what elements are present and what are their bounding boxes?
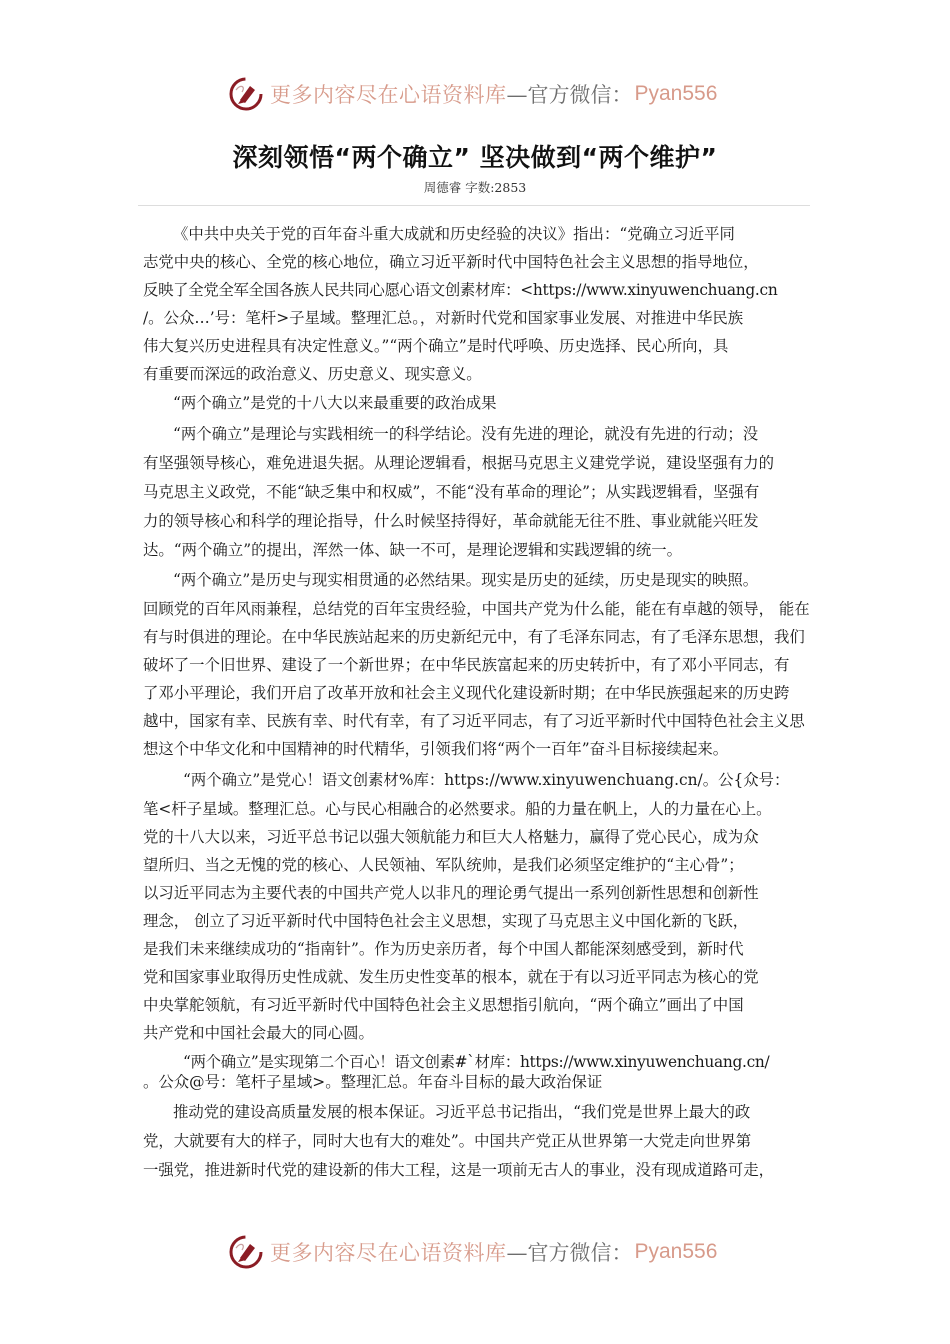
text-line: 。公众@号：笔杆子星域>。整理汇总。年奋斗目标的最大政治保证 <box>143 1072 602 1092</box>
text-line: 有坚强领导核心，难免进退失据。从理论逻辑看，根据马克思主义建党学说，建设坚强有力… <box>143 453 774 473</box>
text-line: 以习近平同志为主要代表的中国共产党人以非凡的理论勇气提出一系列创新性思想和创新性 <box>143 883 759 903</box>
text-line: 党，大就要有大的样子，同时大也有大的难处”。中国共产党正从世界第一大党走向世界第 <box>143 1131 751 1151</box>
text-line: 越中，国家有幸、民族有幸、时代有幸，有了习近平同志，有了习近平新时代中国特色社会… <box>143 711 805 731</box>
text-line: 理念， 创立了习近平新时代中国特色社会主义思想，实现了马克思主义中国化新的飞跃， <box>143 911 748 931</box>
text-line: 望所归、当之无愧的党的核心、人民领袖、军队统帅，是我们必须坚定维护的“主心骨”； <box>143 855 744 875</box>
text-line: 回顾党的百年风雨兼程，总结党的百年宝贵经验，中国共产党为什么能，能在有卓越的领导… <box>143 599 810 619</box>
text-line: 力的领导核心和科学的理论指导，什么时候坚持得好，革命就能无往不胜、事业就能兴旺发 <box>143 511 759 531</box>
bottom-banner: 更多内容尽在心语资料库 —官方微信： Pyan556 <box>228 1232 728 1272</box>
pen-nib-logo-icon <box>228 76 264 112</box>
text-line: 有重要而深远的政治意义、历史意义、现实意义。 <box>143 364 482 384</box>
text-line: 想这个中华文化和中国精神的时代精华，引领我们将“两个一百年”奋斗目标接续起来。 <box>143 739 728 759</box>
text-line: 马克思主义政党，不能“缺乏集中和权威”，不能“没有革命的理论”；从实践逻辑看，坚… <box>143 482 759 502</box>
text-line: 《中共中央关于党的百年奋斗重大成就和历史经验的决议》指出：“党确立习近平同 <box>173 224 735 244</box>
text-line: 有与时俱进的理论。在中华民族站起来的历史新纪元中，有了毛泽东同志，有了毛泽东思想… <box>143 627 805 647</box>
text-line: 笔<杆子星域。整理汇总。心与民心相融合的必然要求。船的力量在帆上，人的力量在心上… <box>143 799 772 819</box>
text-line: 共产党和中国社会最大的同心圆。 <box>143 1023 374 1043</box>
text-line: “两个确立”是党心！语文创素材%库：https://www.xinyuwench… <box>183 770 789 790</box>
author-wordcount: 周德睿 字数:2853 <box>0 178 950 196</box>
text-line: “两个确立”是理论与实践相统一的科学结论。没有先进的理论，就没有先进的行动；没 <box>173 424 758 444</box>
text-line: 一强党，推进新时代党的建设新的伟大工程，这是一项前无古人的事业，没有现成道路可走… <box>143 1160 774 1180</box>
text-line: 是我们未来继续成功的“指南针”。作为历史亲历者，每个中国人都能深刻感受到，新时代 <box>143 939 744 959</box>
text-line: 伟大复兴历史进程具有决定性意义。”“两个确立”是时代呼唤、历史选择、民心所向，具 <box>143 336 728 356</box>
text-line: 了邓小平理论，我们开启了改革开放和社会主义现代化建设新时期；在中华民族强起来的历… <box>143 683 789 703</box>
divider <box>138 205 810 206</box>
banner-text-main: 更多内容尽在心语资料库 <box>270 1237 507 1267</box>
text-line: 达。“两个确立”的提出，浑然一体、缺一不可，是理论逻辑和实践逻辑的统一。 <box>143 540 682 560</box>
text-line: 党和国家事业取得历史性成就、发生历史性变革的根本，就在于有以习近平同志为核心的党 <box>143 967 759 987</box>
banner-wechat-id: Pyan556 <box>635 82 718 106</box>
top-banner: 更多内容尽在心语资料库 —官方微信： Pyan556 <box>228 74 728 114</box>
banner-wechat-id: Pyan556 <box>635 1240 718 1264</box>
text-line: “两个确立”是实现第二个百心！语文创素#`材库：https://www.xiny… <box>183 1052 769 1072</box>
text-line: 推动党的建设高质量发展的根本保证。习近平总书记指出，“我们党是世界上最大的政 <box>173 1102 750 1122</box>
text-line: 破坏了一个旧世界、建设了一个新世界；在中华民族富起来的历史转折中，有了邓小平同志… <box>143 655 789 675</box>
text-line: “两个确立”是历史与现实相贯通的必然结果。现实是历史的延续，历史是现实的映照。 <box>173 570 758 590</box>
document-title: 深刻领悟“两个确立” 坚决做到“两个维护” <box>0 138 950 174</box>
text-line: /。公众…’号：笔杆>子星域。整理汇总。，对新时代党和国家事业发展、对推进中华民… <box>143 308 743 328</box>
text-line: 志党中央的核心、全党的核心地位，确立习近平新时代中国特色社会主义思想的指导地位， <box>143 252 759 272</box>
banner-text-separator: —官方微信： <box>507 79 633 109</box>
pen-nib-logo-icon <box>228 1234 264 1270</box>
text-line: 反映了全党全军全国各族人民共同心愿心语文创素材库：<https://www.xi… <box>143 280 777 300</box>
text-line: 中央掌舵领航，有习近平新时代中国特色社会主义思想指引航向，“两个确立”画出了中国 <box>143 995 744 1015</box>
section-heading: “两个确立”是党的十八大以来最重要的政治成果 <box>173 393 497 413</box>
text-line: 党的十八大以来，习近平总书记以强大领航能力和巨大人格魅力，赢得了党心民心，成为众 <box>143 827 759 847</box>
banner-text-separator: —官方微信： <box>507 1237 633 1267</box>
banner-text-main: 更多内容尽在心语资料库 <box>270 79 507 109</box>
